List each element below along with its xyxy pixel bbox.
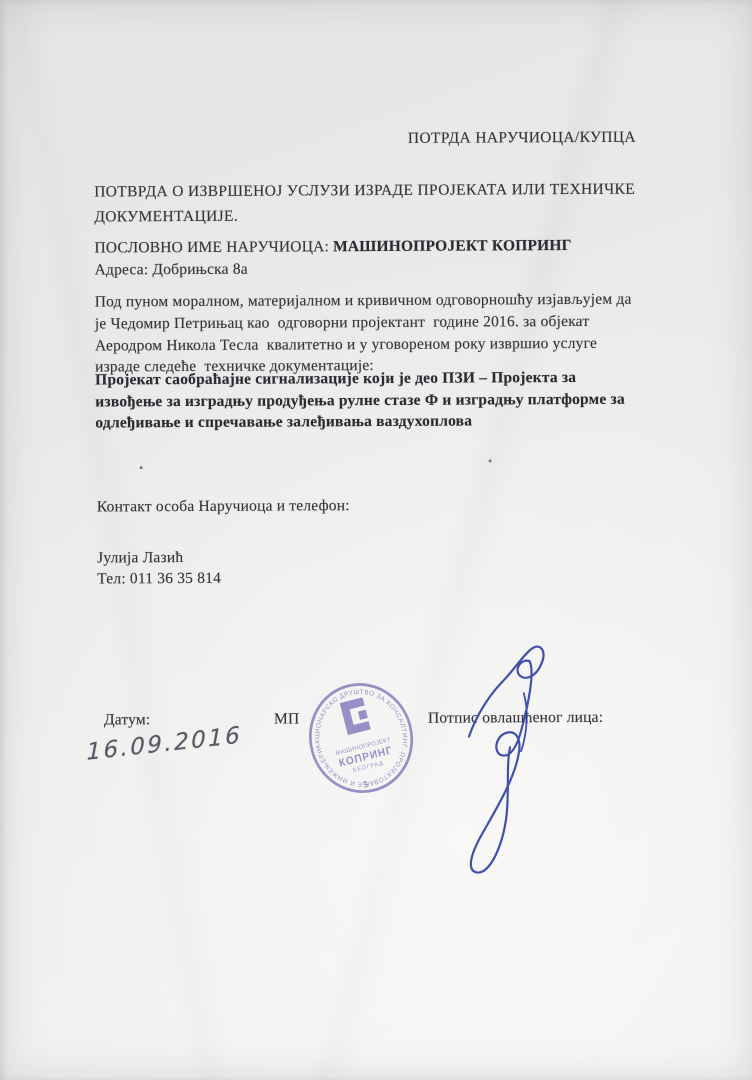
contact-name: Јулија Лазић — [97, 549, 183, 567]
statement-line-2: је Чедомир Петрињац као одговорни пројек… — [95, 313, 590, 334]
contact-label: Контакт особа Наручиоца и телефон: — [97, 497, 350, 516]
heading-line-1: ПОТВРДА О ИЗВРШЕНОЈ УСЛУЗИ ИЗРАДЕ ПРОЈЕК… — [94, 181, 635, 202]
scanned-document-page: ПОТРДА НАРУЧИОЦА/КУПЦА ПОТВРДА О ИЗВРШЕН… — [0, 0, 752, 1080]
statement-line-3: Аеродром Никола Тесла квалитетно и у уго… — [95, 335, 597, 356]
business-name-value: МАШИНОПРОЈЕКТ КОПРИНГ — [333, 237, 572, 255]
project-line-1: Пројекат саобраћајне сигнализације који … — [95, 369, 576, 390]
handwritten-signature — [428, 633, 579, 879]
business-name-label: ПОСЛОВНО ИМЕ НАРУЧИОЦА: — [94, 238, 333, 256]
document-content: ПОТРДА НАРУЧИОЦА/КУПЦА ПОТВРДА О ИЗВРШЕН… — [0, 0, 752, 1080]
business-name-line: ПОСЛОВНО ИМЕ НАРУЧИОЦА: МАШИНОПРОЈЕКТ КО… — [94, 237, 571, 257]
contact-phone: Тел: 011 36 35 814 — [97, 570, 221, 589]
project-line-3: одлеђивање и спречавање залеђивања вазду… — [95, 412, 472, 432]
stray-dot-right — [489, 459, 492, 462]
project-line-2: извођење за изградњу продуђења рулне ста… — [95, 391, 625, 412]
document-title: ПОТРДА НАРУЧИОЦА/КУПЦА — [408, 129, 636, 148]
company-stamp-icon: АКЦИОНАРСКО ДРУШТВО ЗА КОНСАЛТИНГ, ПРОЈЕ… — [285, 659, 438, 818]
stray-dot-left — [140, 466, 143, 469]
statement-line-1: Под пуном моралном, материјалном и криви… — [95, 291, 632, 312]
kopring-logo-icon — [345, 701, 370, 730]
date-label: Датум: — [104, 711, 151, 729]
heading-line-2: ДОКУМЕНТАЦИЈЕ. — [94, 208, 238, 227]
address-line: Адреса: Добрињска 8а — [95, 261, 248, 280]
